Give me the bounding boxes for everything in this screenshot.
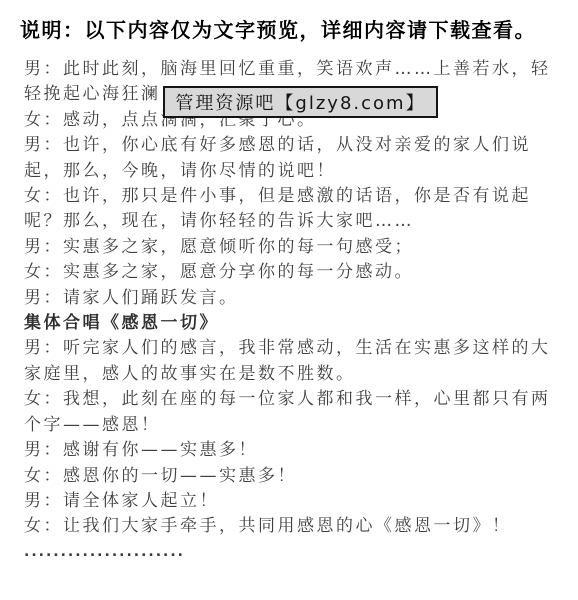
ellipsis-line: ...................... [24, 540, 564, 565]
dialogue-line: 女：实惠多之家，愿意分享你的每一分感动。 [24, 260, 564, 285]
dialogue-line: 男：请家人们踊跃发言。 [24, 286, 564, 311]
dialogue-line: 个字——感恩！ [24, 413, 564, 438]
dialogue-line: 女：感恩你的一切——实惠多！ [24, 464, 564, 489]
document-preview-page: 说明：以下内容仅为文字预览，详细内容请下载查看。 男：此时此刻，脑海里回忆重重，… [0, 0, 578, 600]
dialogue-line: 男：此时此刻，脑海里回忆重重，笑语欢声……上善若水，轻 [24, 57, 564, 82]
chorus-heading-line: 集体合唱《感恩一切》 [24, 311, 564, 336]
dialogue-line: 起，那么，今晚，请你尽情的说吧！ [24, 159, 564, 184]
dialogue-line: 女：也许，那只是件小事，但是感激的话语，你是否有说起 [24, 184, 564, 209]
dialogue-line: 男：也许，你心底有好多感恩的话，从没对亲爱的家人们说 [24, 133, 564, 158]
dialogue-line: 男：请全体家人起立！ [24, 489, 564, 514]
preview-notice-heading: 说明：以下内容仅为文字预览，详细内容请下载查看。 [20, 17, 536, 43]
script-text-body: 男：此时此刻，脑海里回忆重重，笑语欢声……上善若水，轻 轻挽起心海狂澜 女：感动… [24, 57, 564, 565]
watermark-label: 管理资源吧【glzy8.com】 [175, 89, 425, 115]
dialogue-line: 男：感谢有你——实惠多！ [24, 438, 564, 463]
dialogue-line: 女：我想，此刻在座的每一位家人都和我一样，心里都只有两 [24, 387, 564, 412]
dialogue-line: 男：听完家人们的感言，我非常感动，生活在实惠多这样的大 [24, 336, 564, 361]
dialogue-line: 呢？那么，现在，请你轻轻的告诉大家吧…… [24, 209, 564, 234]
dialogue-line: 男：实惠多之家，愿意倾听你的每一句感受； [24, 235, 564, 260]
watermark-badge: 管理资源吧【glzy8.com】 [163, 86, 438, 118]
dialogue-line: 女：让我们大家手牵手，共同用感恩的心《感恩一切》！ [24, 514, 564, 539]
dialogue-line: 家庭里，感人的故事实在是数不胜数。 [24, 362, 564, 387]
